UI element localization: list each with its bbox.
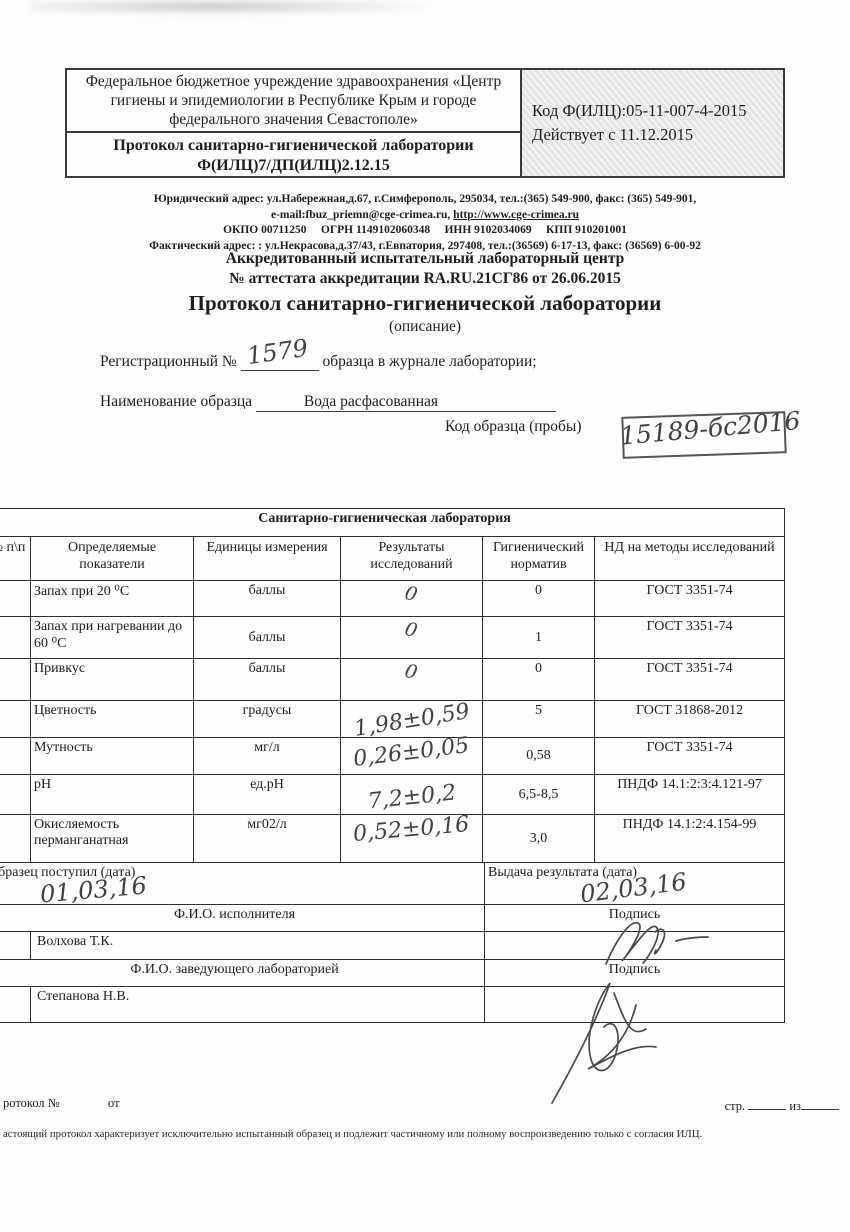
row-unit: мг02/л <box>194 815 341 863</box>
row-unit: баллы <box>194 659 341 701</box>
row-unit: баллы <box>194 581 341 617</box>
row-norm: 3,0 <box>483 815 595 863</box>
sample-name-label: Наименование образца <box>100 393 252 410</box>
attestation-line: № аттестата аккредитации RA.RU.21СГ86 от… <box>0 270 850 288</box>
row-method: ГОСТ 3351-74 <box>595 581 785 617</box>
row-indicator: Запах при нагревании до 60 ⁰С <box>31 617 194 659</box>
row-num: 6 <box>0 775 31 815</box>
row-result: 0 <box>341 617 483 659</box>
col-indicator: Определяемые показатели <box>31 537 194 581</box>
table-title: Санитарно-гигиеническая лаборатория <box>0 509 785 537</box>
executor-signature-label: Подпись <box>485 905 785 932</box>
codes-line: ОКПО 00711250 ОГРН 1149102060348 ИНН 910… <box>0 223 850 239</box>
row-num: 7 <box>0 815 31 863</box>
row-result: 0,52±0,16 <box>341 815 483 863</box>
row-indicator: pH <box>31 775 194 815</box>
page-of-label: из <box>789 1099 801 1113</box>
col-method: НД на методы исследований <box>595 537 785 581</box>
table-row: 2 Запах при нагревании до 60 ⁰С баллы 0 … <box>0 617 785 659</box>
contacts-block: Юридический адрес: ул.Набережная,д.67, г… <box>0 192 850 254</box>
valid-from: Действует с 11.12.2015 <box>532 123 783 147</box>
row-unit: баллы <box>194 617 341 659</box>
row-result: 0 <box>341 581 483 617</box>
table-row: 3 Привкус баллы 0 0 ГОСТ 3351-74 <box>0 659 785 701</box>
results-table: Санитарно-гигиеническая лаборатория № п\… <box>0 508 785 863</box>
form-title: Протокол санитарно-гигиенической лаборат… <box>73 136 514 156</box>
row-indicator: Привкус <box>31 659 194 701</box>
page-number-blank <box>748 1096 786 1110</box>
document-subtitle: (описание) <box>0 318 850 336</box>
footer-line: ротокол № от стр. из <box>3 1096 847 1111</box>
organization-name: Федеральное бюджетное учреждение здравоо… <box>67 70 520 131</box>
registration-label-suffix: образца в журнале лаборатории; <box>322 353 536 370</box>
row-norm: 0 <box>483 581 595 617</box>
head-label: Ф.И.О. заведующего лабораторией <box>0 960 485 987</box>
header-box: Федеральное бюджетное учреждение здравоо… <box>65 68 785 178</box>
table-row: 6 pH ед.pH 7,2±0,2 6,5-8,5 ПНДФ 14.1:2:3… <box>0 775 785 815</box>
row-num: 2 <box>0 617 31 659</box>
row-method: ГОСТ 31868-2012 <box>595 701 785 738</box>
head-signature-label: Подпись <box>485 960 785 987</box>
registration-line: Регистрационный № 1579 образца в журнале… <box>100 352 537 371</box>
row-indicator: Цветность <box>31 701 194 738</box>
row-num: 4 <box>0 701 31 738</box>
row-method: ПНДФ 14.1:2:3:4.121-97 <box>595 775 785 815</box>
footer-ot-label: от <box>108 1096 120 1111</box>
row-indicator: Запах при 20 ⁰С <box>31 581 194 617</box>
row-unit: ед.pH <box>194 775 341 815</box>
row-num: 5 <box>0 738 31 775</box>
row-unit: градусы <box>194 701 341 738</box>
executor-num: 8 <box>0 932 31 960</box>
row-unit: мг/л <box>194 738 341 775</box>
footer-page: стр. из <box>725 1096 839 1114</box>
accredited-center-line: Аккредитованный испытательный лабораторн… <box>0 250 850 268</box>
form-title-block: Протокол санитарно-гигиенической лаборат… <box>67 131 520 178</box>
executor-label: Ф.И.О. исполнителя <box>0 905 485 932</box>
col-num: № п\п <box>0 537 31 581</box>
table-row: 5 Мутность мг/л 0,26±0,05 0,58 ГОСТ 3351… <box>0 738 785 775</box>
scan-smudge-artifact <box>30 0 430 16</box>
registration-number-blank: 1579 <box>241 352 319 371</box>
scanned-protocol-page: Федеральное бюджетное учреждение здравоо… <box>0 0 850 1232</box>
registration-label: Регистрационный № <box>100 353 237 370</box>
header-box-right: Код Ф(ИЛЦ):05-11-007-4-2015 Действует с … <box>522 70 783 176</box>
sample-name-value: Вода расфасованная <box>256 393 556 412</box>
row-indicator: Окисляемость перманганатная <box>31 815 194 863</box>
page-label: стр. <box>725 1099 746 1113</box>
row-norm: 0,58 <box>483 738 595 775</box>
registration-number-handwritten: 1579 <box>245 334 309 370</box>
row-num: 1 <box>0 581 31 617</box>
head-num: 9 <box>0 987 31 1023</box>
table-row: 1 Запах при 20 ⁰С баллы 0 0 ГОСТ 3351-74 <box>0 581 785 617</box>
footer-disclaimer: астоящий протокол характеризует исключит… <box>3 1128 847 1140</box>
row-result: 0,26±0,05 <box>341 738 483 775</box>
row-method: ГОСТ 3351-74 <box>595 659 785 701</box>
table-row: 4 Цветность градусы 1,98±0,59 5 ГОСТ 318… <box>0 701 785 738</box>
head-name: Степанова Н.В. <box>31 987 485 1023</box>
sample-name-line: Наименование образца Вода расфасованная <box>100 393 556 412</box>
header-box-left: Федеральное бюджетное учреждение здравоо… <box>67 70 522 176</box>
row-result: 0 <box>341 659 483 701</box>
executor-name: Волхова Т.К. <box>31 932 485 960</box>
document-title: Протокол санитарно-гигиенической лаборат… <box>0 291 850 316</box>
row-num: 3 <box>0 659 31 701</box>
executor-signature-cell <box>485 932 785 960</box>
row-result: 1,98±0,59 <box>341 701 483 738</box>
email-line: e-mail:fbuz_priemn@cge-crimea.ru, http:/… <box>0 208 850 224</box>
row-norm: 6,5-8,5 <box>483 775 595 815</box>
legal-address: Юридический адрес: ул.Набережная,д.67, г… <box>0 192 850 208</box>
table-row: 7 Окисляемость перманганатная мг02/л 0,5… <box>0 815 785 863</box>
row-norm: 5 <box>483 701 595 738</box>
sample-code-handwritten: 15189-бс2016 <box>619 406 802 451</box>
head-signature-cell <box>485 987 785 1023</box>
website-link: http://www.cge-crimea.ru <box>453 209 579 221</box>
sample-code-box: 15189-бс2016 <box>621 411 786 459</box>
row-method: ГОСТ 3351-74 <box>595 738 785 775</box>
col-unit: Единицы измерения <box>194 537 341 581</box>
row-norm: 0 <box>483 659 595 701</box>
footer-protocol-label: ротокол № <box>3 1096 60 1110</box>
doc-code: Код Ф(ИЛЦ):05-11-007-4-2015 <box>532 99 783 123</box>
sample-code-label: Код образца (пробы) <box>445 418 582 436</box>
row-indicator: Мутность <box>31 738 194 775</box>
row-result: 7,2±0,2 <box>341 775 483 815</box>
col-result: Результаты исследований <box>341 537 483 581</box>
row-norm: 1 <box>483 617 595 659</box>
row-method: ПНДФ 14.1:2:4.154-99 <box>595 815 785 863</box>
form-code: Ф(ИЛЦ)7/ДП(ИЛЦ)2.12.15 <box>73 156 514 176</box>
email: e-mail:fbuz_priemn@cge-crimea.ru, <box>271 209 453 221</box>
page-total-blank <box>801 1096 839 1110</box>
row-method: ГОСТ 3351-74 <box>595 617 785 659</box>
col-norm: Гигиенический норматив <box>483 537 595 581</box>
